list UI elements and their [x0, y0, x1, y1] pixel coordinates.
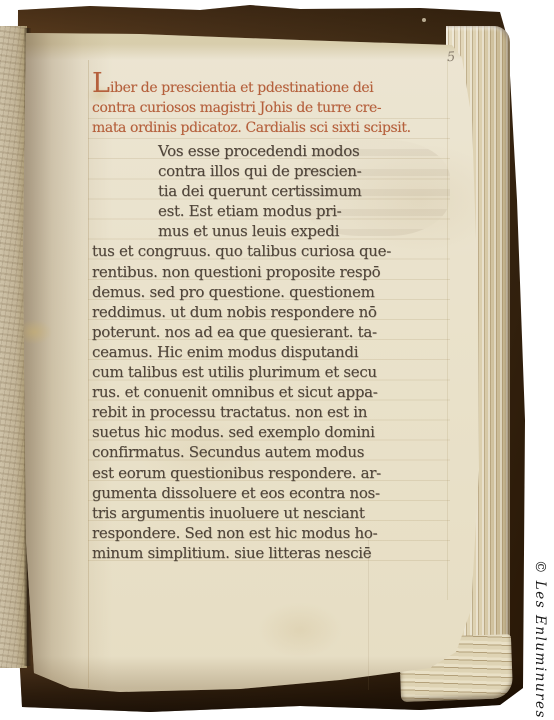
- text-line: confirmatus. Secundus autem modus: [92, 442, 458, 462]
- rubric-heading: Liber de prescientia et pdestinatione de…: [92, 77, 458, 138]
- manuscript-text-block: Vos esse procedendi modos contra illos q…: [92, 141, 458, 563]
- text-line: minum simplitium. siue litteras nesciē: [92, 543, 458, 563]
- text-line: tus et congruus. quo talibus curiosa que…: [92, 241, 458, 261]
- rubric-line: Liber de prescientia et pdestinatione de…: [92, 77, 458, 98]
- text-line: gumenta dissoluere et eos econtra nos-: [92, 483, 458, 503]
- text-line: est eorum questionibus respondere. ar-: [92, 463, 458, 483]
- text-line: rebit in processu tractatus. non est in: [92, 402, 458, 422]
- rubric-line: mata ordinis pdicatoz. Cardialis sci six…: [92, 118, 458, 138]
- text-line: est. Est etiam modus pri-: [158, 201, 458, 221]
- text-line: demus. sed pro questione. questionem: [92, 282, 458, 302]
- photo-credit: © Les Enluminures: [532, 560, 548, 720]
- rubric-line: contra curiosos magistri Johis de turre …: [92, 98, 458, 118]
- text-line: reddimus. ut dum nobis respondere nō: [92, 302, 458, 322]
- text-line: mus et unus leuis expedi: [158, 221, 458, 241]
- text-line: poterunt. nos ad ea que quesierant. ta-: [92, 322, 458, 342]
- cover-wormhole: [422, 18, 426, 22]
- text-line: ceamus. Hic enim modus disputandi: [92, 342, 458, 362]
- text-line: suetus hic modus. sed exemplo domini: [92, 422, 458, 442]
- left-margin-rule: [88, 60, 89, 688]
- text-line: rus. et conuenit omnibus et sicut appa-: [92, 382, 458, 402]
- text-line: cum talibus est utilis plurimum et secu: [92, 362, 458, 382]
- spine-strip: [0, 26, 27, 668]
- text-line: Vos esse procedendi modos: [158, 141, 458, 161]
- text-line: rentibus. non questioni proposite respō: [92, 262, 458, 282]
- text-line: tia dei querunt certissimum: [158, 181, 458, 201]
- text-line: tris argumentis inuoluere ut nesciant: [92, 503, 458, 523]
- text-line: contra illos qui de prescien-: [158, 161, 458, 181]
- text-line: respondere. Sed non est hic modus ho-: [92, 523, 458, 543]
- folio-number: 5: [446, 50, 455, 66]
